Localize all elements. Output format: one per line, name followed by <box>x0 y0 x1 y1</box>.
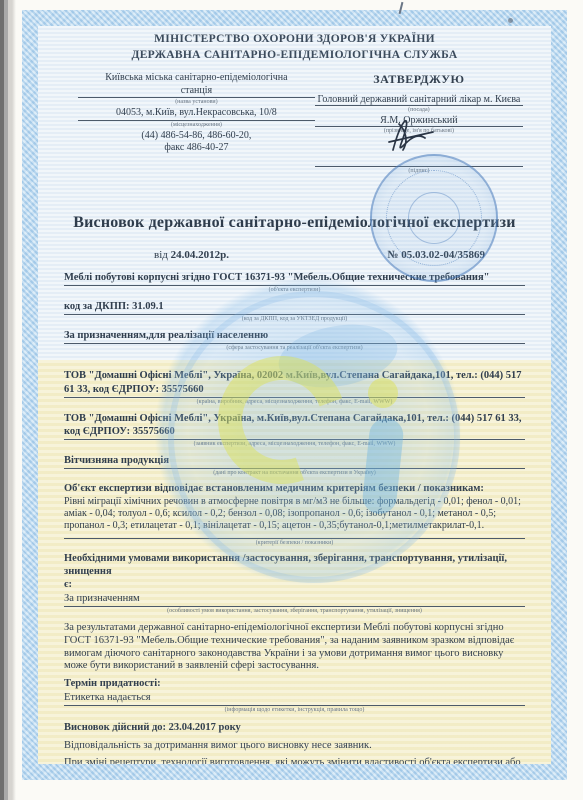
document-number: № 05.03.02-04/35869 <box>387 249 485 261</box>
conditions-caption: (особливості умов використання, застосув… <box>64 607 525 616</box>
institution-name-line2: станція <box>78 85 315 98</box>
field-dkpp-value: код за ДКПП: 31.09.1 <box>64 300 525 315</box>
field-dkpp: код за ДКПП: 31.09.1 (код за ДКПП, код з… <box>64 300 525 324</box>
institution-address-caption: (місцезнаходження) <box>78 121 315 130</box>
institution-phone: (44) 486-54-86, 486-60-20, <box>78 130 315 143</box>
pen-dot-mark <box>508 18 513 23</box>
field-usage-conditions: Необхідними умовами використання /застос… <box>64 553 525 616</box>
document-title: Висновок державної санітарно-епідеміолог… <box>64 214 525 232</box>
field-producer-value: ТОВ "Домашні Офісні Меблі", Україна, 020… <box>64 369 525 397</box>
signature-caption: (підпис) <box>315 167 523 176</box>
field-object: Меблі побутові корпусні згідно ГОСТ 1637… <box>64 271 525 295</box>
highlighted-section: ТОВ "Домашні Офісні Меблі", Україна, 020… <box>38 360 551 764</box>
approver-position: Головний державний санітарний лікар м. К… <box>315 94 523 106</box>
field-applicant: ТОВ "Домашні Офісні Меблі", Україна, м.К… <box>64 412 525 449</box>
certificate-blue-frame: МІНІСТЕРСТВО ОХОРОНИ ЗДОРОВ'Я УКРАЇНИ ДЕ… <box>22 10 567 780</box>
approve-label: ЗАТВЕРДЖУЮ <box>315 72 523 87</box>
shelf-life-caption: (інформація щодо етикетки, інструкція, п… <box>64 706 525 715</box>
institution-name-caption: (назва установи) <box>78 98 315 107</box>
field-domestic-product-value: Вітчизняна продукція <box>64 454 525 469</box>
field-safety-criteria: Об'єкт експертизи відповідає встановлени… <box>64 483 525 548</box>
criteria-heading: Об'єкт експертизи відповідає встановлени… <box>64 483 525 496</box>
field-shelf-life: Термін придатності: Етикетка надається (… <box>64 678 525 715</box>
criteria-caption: (критерії безпеки / показники) <box>64 539 525 548</box>
approval-block: ЗАТВЕРДЖУЮ Головний державний санітарний… <box>315 72 523 184</box>
issue-date-value: 24.04.2012р. <box>171 249 229 261</box>
change-notice-line: При зміні рецептури, технології виготовл… <box>64 756 525 764</box>
institution-fax: факс 486-40-27 <box>78 142 315 155</box>
field-producer-caption: (країна, виробник, адреса, місцезнаходже… <box>64 398 525 407</box>
scanned-certificate-page: { "colors": { "frame_blue": "#badaf1", "… <box>0 0 583 800</box>
expertise-result-paragraph: За результатами державної санітарно-епід… <box>64 622 525 673</box>
institution-name-line1: Київська міська санітарно-епідеміологічн… <box>78 72 315 85</box>
header-row: Київська міська санітарно-епідеміологічн… <box>64 72 525 184</box>
conditions-heading2: є: <box>64 579 525 592</box>
responsibility-line: Відповідальність за дотримання вимог цьо… <box>64 739 525 752</box>
scanner-edge-shadow <box>0 0 16 800</box>
criteria-underline <box>64 532 525 539</box>
institution-address: 04053, м.Київ, вул.Некрасовська, 10/8 <box>78 107 315 121</box>
shelf-life-value: Етикетка надається <box>64 691 525 706</box>
criteria-body: Рівні міграції хімічних речовин в атмосф… <box>64 496 525 533</box>
signature-line <box>315 136 523 167</box>
field-producer: ТОВ "Домашні Офісні Меблі", Україна, 020… <box>64 369 525 406</box>
service-name: ДЕРЖАВНА САНІТАРНО-ЕПІДЕМІОЛОГІЧНА СЛУЖБ… <box>64 48 525 64</box>
field-purpose-caption: (сфера застосування та реалізації об'єкт… <box>64 344 525 353</box>
field-domestic-product: Вітчизняна продукція (дані про контракт … <box>64 454 525 478</box>
handwritten-signature <box>375 110 451 156</box>
ministry-name: МІНІСТЕРСТВО ОХОРОНИ ЗДОРОВ'Я УКРАЇНИ <box>64 32 525 48</box>
field-applicant-caption: (заявник експертизи, адреса, місцезнаход… <box>64 440 525 449</box>
field-object-caption: (об'єкта експертизи) <box>64 286 525 295</box>
issue-date: від 24.04.2012р. <box>154 249 229 261</box>
field-dkpp-caption: (код за ДКПП, код за УКТЗЕД продукції) <box>64 315 525 324</box>
field-purpose: За призначенням,для реалізації населенню… <box>64 329 525 353</box>
field-purpose-value: За призначенням,для реалізації населенню <box>64 329 525 344</box>
issue-date-prefix: від <box>154 249 168 261</box>
date-number-row: від 24.04.2012р. № 05.03.02-04/35869 <box>64 249 525 261</box>
conditions-heading: Необхідними умовами використання /застос… <box>64 553 525 579</box>
institution-block: Київська міська санітарно-епідеміологічн… <box>78 72 315 184</box>
valid-until-line: Висновок дійсний до: 23.04.2017 року <box>64 722 525 735</box>
field-applicant-value: ТОВ "Домашні Офісні Меблі", Україна, м.К… <box>64 412 525 440</box>
field-domestic-product-caption: (дані про контракт на постачання об'єкта… <box>64 469 525 478</box>
certificate-body: МІНІСТЕРСТВО ОХОРОНИ ЗДОРОВ'Я УКРАЇНИ ДЕ… <box>38 26 551 764</box>
conditions-value: За призначенням <box>64 592 525 607</box>
field-object-value: Меблі побутові корпусні згідно ГОСТ 1637… <box>64 271 525 286</box>
shelf-life-heading: Термін придатності: <box>64 678 525 691</box>
